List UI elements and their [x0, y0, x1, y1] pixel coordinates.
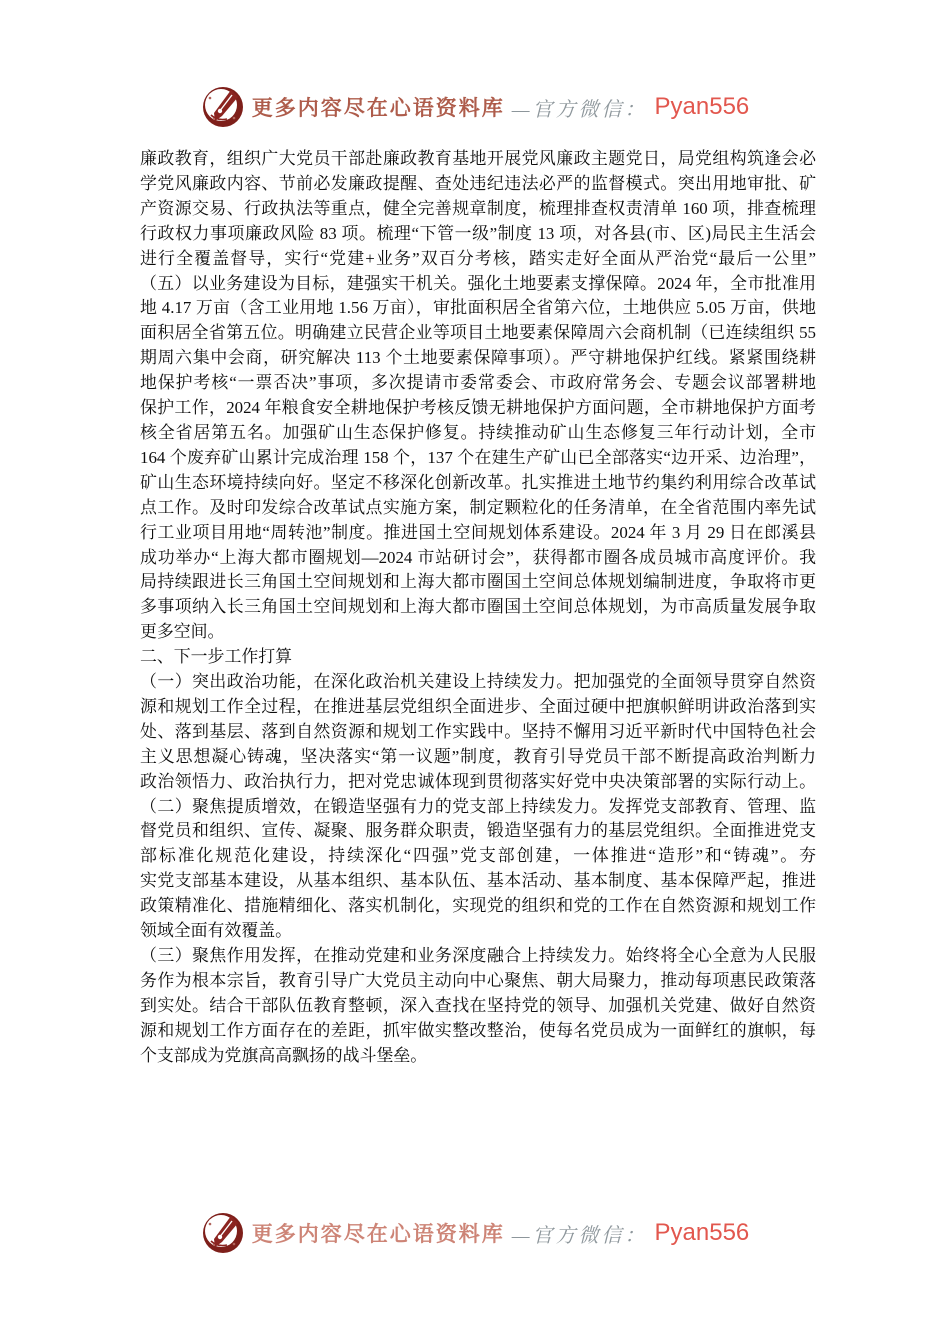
text-line: 地保护考核“一票否决”事项，多次提请市委常委会、市政府常务会、专题会议部署耕地 — [140, 371, 816, 396]
text-line: 源和规划工作全过程，在推进基层党组织全面进步、全面过硬中把旗帜鲜明讲政治落到实 — [140, 695, 816, 720]
text-line: 个支部成为党旗高高飘扬的战斗堡垒。 — [140, 1044, 816, 1069]
text-line: 到实处。结合干部队伍教育整顿，深入查找在坚持党的领导、加强机关党建、做好自然资 — [140, 994, 816, 1019]
text-line: 政策精准化、措施精细化、落实机制化，实现党的组织和党的工作在自然资源和规划工作 — [140, 894, 816, 919]
text-line: 领域全面有效覆盖。 — [140, 919, 816, 944]
text-line: 期周六集中会商，研究解决 113 个土地要素保障事项）。严守耕地保护红线。紧紧围… — [140, 346, 816, 371]
brand-text: 更多内容尽在心语资料库 — [252, 1218, 505, 1248]
text-line: 廉政教育，组织广大党员干部赴廉政教育基地开展党风廉政主题党日，局党组构筑逢会必 — [140, 147, 816, 172]
text-line: 务作为根本宗旨，教育引导广大党员主动向中心聚焦、朝大局聚力，推动每项惠民政策落 — [140, 969, 816, 994]
document-page: 更多内容尽在心语资料库 —官方微信： Pyan556 廉政教育，组织广大党员干部… — [0, 0, 950, 1344]
text-line: 行工业项目用地“周转池”制度。推进国土空间规划体系建设。2024 年 3 月 2… — [140, 521, 816, 546]
pen-ink-logo-icon — [201, 85, 245, 129]
text-line: 学党风廉政内容、节前必发廉政提醒、查处违纪违法必严的监督模式。突出用地审批、矿 — [140, 172, 816, 197]
wechat-label: —官方微信： — [512, 1219, 648, 1248]
text-line: 部标准化规范化建设，持续深化“四强”党支部创建，一体推进“造形”和“铸魂”。夯 — [140, 844, 816, 869]
text-line: 164 个废弃矿山累计完成治理 158 个，137 个在建生产矿山已全部落实“边… — [140, 446, 816, 471]
text-line: 实党支部基本建设，从基本组织、基本队伍、基本活动、基本制度、基本保障严起，推进 — [140, 869, 816, 894]
text-line: 局持续跟进长三角国土空间规划和上海大都市圈国土空间总体规划编制进度，争取将市更 — [140, 570, 816, 595]
text-line: 政治领悟力、政治执行力，把对党忠诚体现到贯彻落实好党中央决策部署的实际行动上。 — [140, 770, 816, 795]
text-line: 更多空间。 — [140, 620, 816, 645]
wechat-id: Pyan556 — [655, 93, 750, 121]
document-body: 廉政教育，组织广大党员干部赴廉政教育基地开展党风廉政主题党日，局党组构筑逢会必学… — [140, 147, 816, 1069]
text-line: 多事项纳入长三角国土空间规划和上海大都市圈国土空间总体规划，为市高质量发展争取 — [140, 595, 816, 620]
text-line: （三）聚焦作用发挥，在推动党建和业务深度融合上持续发力。始终将全心全意为人民服 — [140, 944, 816, 969]
text-line: 产资源交易、行政执法等重点，健全完善规章制度，梳理排查权责清单 160 项，排查… — [140, 197, 816, 222]
text-line: 保护工作，2024 年粮食安全耕地保护考核反馈无耕地保护方面问题，全市耕地保护方… — [140, 396, 816, 421]
text-line: 行政权力事项廉政风险 83 项。梳理“下管一级”制度 13 项，对各县(市、区)… — [140, 222, 816, 247]
wechat-label: —官方微信： — [512, 93, 648, 122]
text-line: 成功举办“上海大都市圈规划—2024 市站研讨会”，获得都市圈各成员城市高度评价… — [140, 546, 816, 571]
text-line: 处、落到基层、落到自然资源和规划工作实践中。坚持不懈用习近平新时代中国特色社会 — [140, 720, 816, 745]
text-line: 主义思想凝心铸魂，坚决落实“第一议题”制度，教育引导党员干部不断提高政治判断力 — [140, 745, 816, 770]
brand-text: 更多内容尽在心语资料库 — [252, 92, 505, 122]
text-line: 矿山生态环境持续向好。坚定不移深化创新改革。扎实推进土地节约集约利用综合改革试 — [140, 471, 816, 496]
wechat-id: Pyan556 — [655, 1219, 750, 1247]
text-line: （一）突出政治功能，在深化政治机关建设上持续发力。把加强党的全面领导贯穿自然资 — [140, 670, 816, 695]
text-line: （二）聚焦提质增效，在锻造坚强有力的党支部上持续发力。发挥党支部教育、管理、监 — [140, 795, 816, 820]
pen-ink-logo-icon — [201, 1211, 245, 1255]
text-line: 核全省居第五名。加强矿山生态保护修复。持续推动矿山生态修复三年行动计划，全市 — [140, 421, 816, 446]
text-line: 点工作。及时印发综合改革试点实施方案，制定颗粒化的任务清单，在全省范围内率先试 — [140, 496, 816, 521]
header-watermark: 更多内容尽在心语资料库 —官方微信： Pyan556 — [0, 82, 950, 132]
text-line: 二、下一步工作打算 — [140, 645, 816, 670]
text-line: 面积居全省第五位。明确建立民营企业等项目土地要素保障周六会商机制（已连续组织 5… — [140, 321, 816, 346]
text-line: 地 4.17 万亩（含工业用地 1.56 万亩），审批面积居全省第六位，土地供应… — [140, 296, 816, 321]
footer-watermark: 更多内容尽在心语资料库 —官方微信： Pyan556 — [0, 1208, 950, 1258]
text-line: 源和规划工作方面存在的差距，抓牢做实整改整治，使每名党员成为一面鲜红的旗帜，每 — [140, 1019, 816, 1044]
text-line: 进行全覆盖督导，实行“党建+业务”双百分考核，踏实走好全面从严治党“最后一公里” — [140, 247, 816, 272]
text-line: 督党员和组织、宣传、凝聚、服务群众职责，锻造坚强有力的基层党组织。全面推进党支 — [140, 819, 816, 844]
text-line: （五）以业务建设为目标，建强实干机关。强化土地要素支撑保障。2024 年，全市批… — [140, 272, 816, 297]
